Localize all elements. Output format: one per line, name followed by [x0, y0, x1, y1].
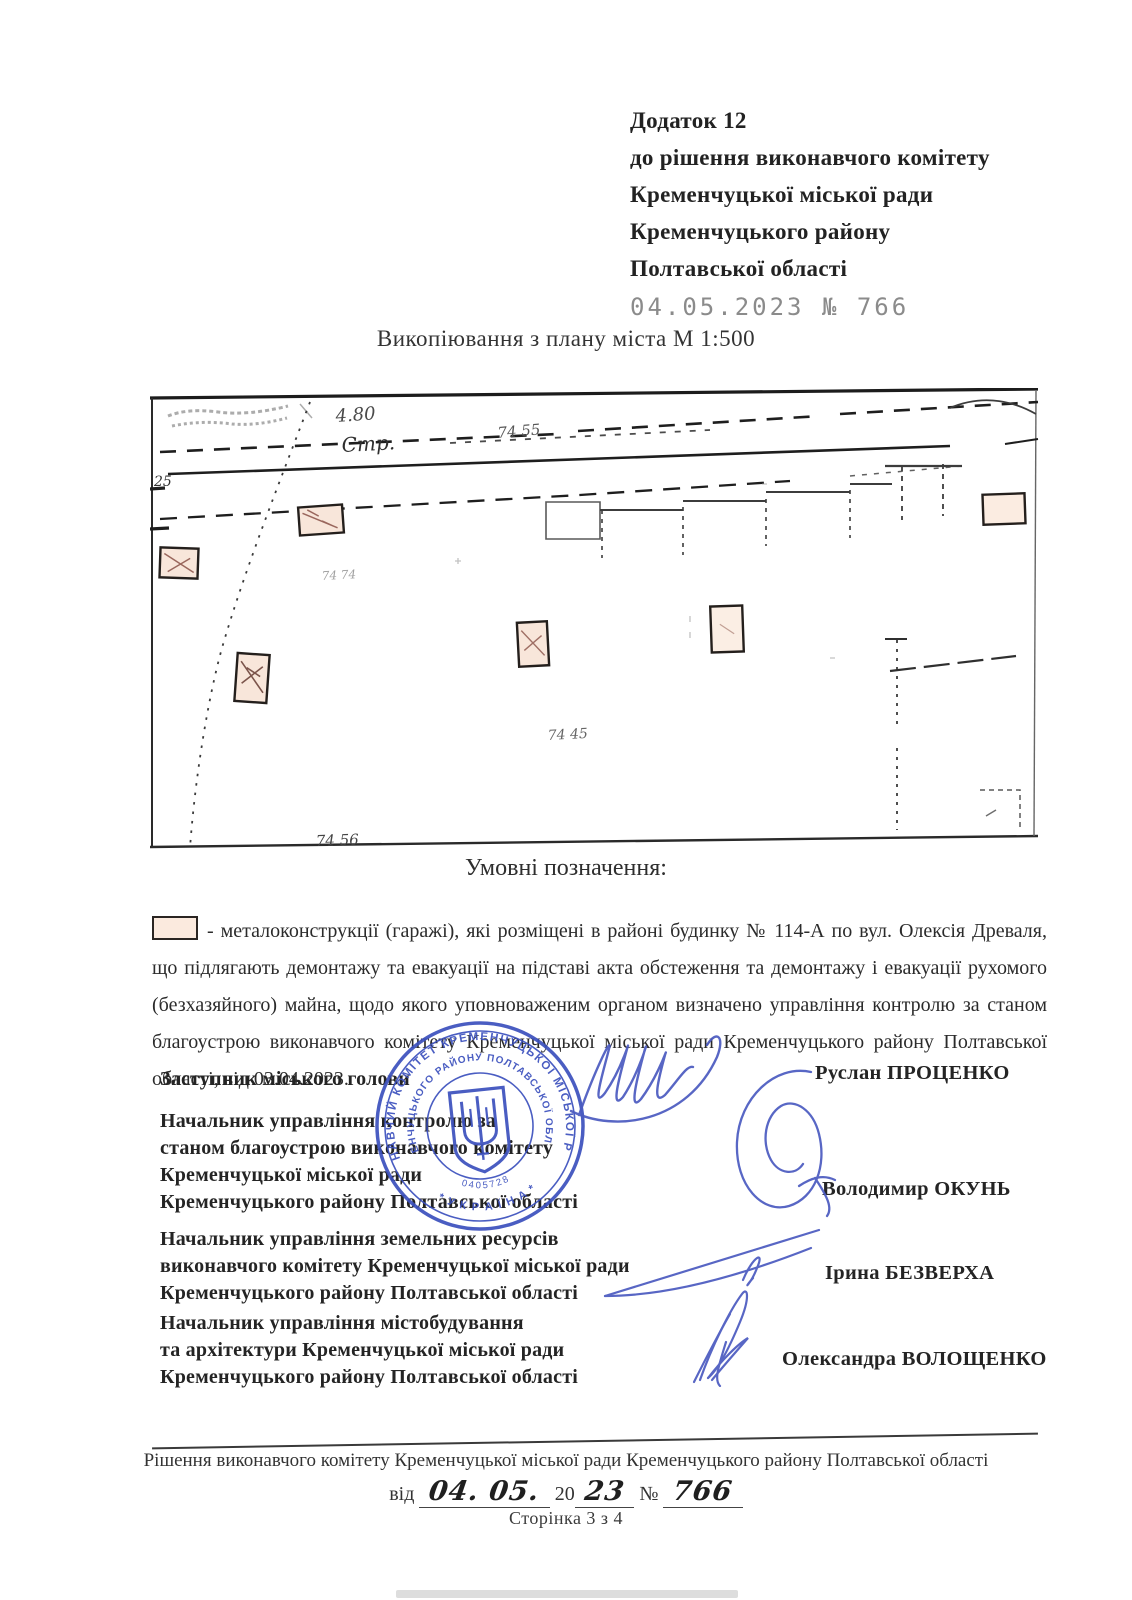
signature-ink-voloshchenko: [642, 1282, 802, 1387]
signatory-title-architecture: Начальник управління містобудування та а…: [160, 1310, 578, 1391]
scan-smudge: [396, 1590, 738, 1598]
map-label-elevation: 74 56: [316, 830, 360, 850]
footer-handwritten-date: 04. 05.: [427, 1476, 542, 1507]
footer-date-prefix: від: [389, 1483, 414, 1505]
appendix-line: Кременчуцької міської ради: [630, 176, 1110, 213]
map-label-elevation: 74 45: [547, 726, 588, 744]
appendix-line: Полтавської області: [630, 250, 1110, 287]
map-label-mark: 74 74: [321, 567, 356, 583]
garage-marker: [982, 493, 1025, 524]
official-stamp: ВИКОНАВЧИЙ КОМІТЕТ КРЕМЕНЧУЦЬКОЇ МІСЬКОЇ…: [361, 1007, 598, 1244]
footer-decision-line: Рішення виконавчого комітету Кременчуцьк…: [0, 1450, 1132, 1472]
signatory-name-okun: Володимир ОКУНЬ: [822, 1178, 1011, 1201]
map-label-dimension: 4.80: [334, 403, 376, 427]
appendix-line: Кременчуцького району: [630, 213, 1110, 250]
garage-marker: [159, 547, 198, 578]
appendix-date-number: 04.05.2023 № 766: [630, 293, 1110, 321]
garage-marker: [517, 621, 549, 667]
fence-lines: [885, 639, 1020, 830]
signatory-name-bezverkha: Ірина БЕЗВЕРХА: [825, 1262, 994, 1285]
footer-handwritten-year: 23: [583, 1476, 627, 1507]
garage-markers: [159, 493, 1025, 703]
appendix-line: до рішення виконавчого комітету: [630, 139, 1110, 176]
appendix-header: Додаток 12 до рішення виконавчого коміте…: [630, 102, 1110, 321]
page-number: Сторінка 3 з 4: [0, 1508, 1132, 1529]
city-plan-map: 4.80 Стр. 74 55 25 74 74 74 45 74 56: [150, 388, 1040, 850]
garage-marker: [710, 605, 744, 652]
footer-divider: [152, 1433, 1038, 1450]
city-plan-drawing: 4.80 Стр. 74 55 25 74 74 74 45 74 56: [150, 388, 1040, 850]
signatory-name-procenko: Руслан ПРОЦЕНКО: [815, 1062, 1010, 1085]
map-border-right: [1034, 391, 1036, 836]
footer-date-line: від 04. 05. 2023 № 766: [0, 1476, 1132, 1508]
stamp-code: 0405728: [459, 1173, 512, 1194]
document-page: Додаток 12 до рішення виконавчого коміте…: [0, 0, 1132, 1600]
footer-year-prefix: 20: [555, 1483, 575, 1505]
building-row: [546, 400, 1036, 558]
legend-heading: Умовні позначення:: [0, 855, 1132, 882]
appendix-line: Додаток 12: [630, 102, 1110, 139]
signature-ink-bezverkha: [595, 1222, 827, 1314]
map-label-street: Стр.: [341, 430, 396, 457]
signatory-name-voloshchenko: Олександра ВОЛОЩЕНКО: [782, 1348, 1047, 1371]
map-border-bottom: [150, 836, 1038, 847]
page-title: Викопіювання з плану міста М 1:500: [0, 326, 1132, 352]
garage-marker: [298, 504, 344, 535]
trident-icon: [449, 1087, 511, 1174]
svg-text:0405728: 0405728: [459, 1173, 512, 1194]
footer-number-sign: №: [639, 1483, 658, 1505]
footer-handwritten-number: 766: [671, 1476, 735, 1507]
map-label-edge: 25: [153, 474, 172, 490]
garage-marker: [234, 653, 269, 703]
map-smudge: [168, 404, 312, 426]
map-border-top: [150, 389, 1038, 398]
map-label-elevation: 74 55: [497, 420, 541, 442]
garage-legend-swatch: [152, 916, 198, 940]
